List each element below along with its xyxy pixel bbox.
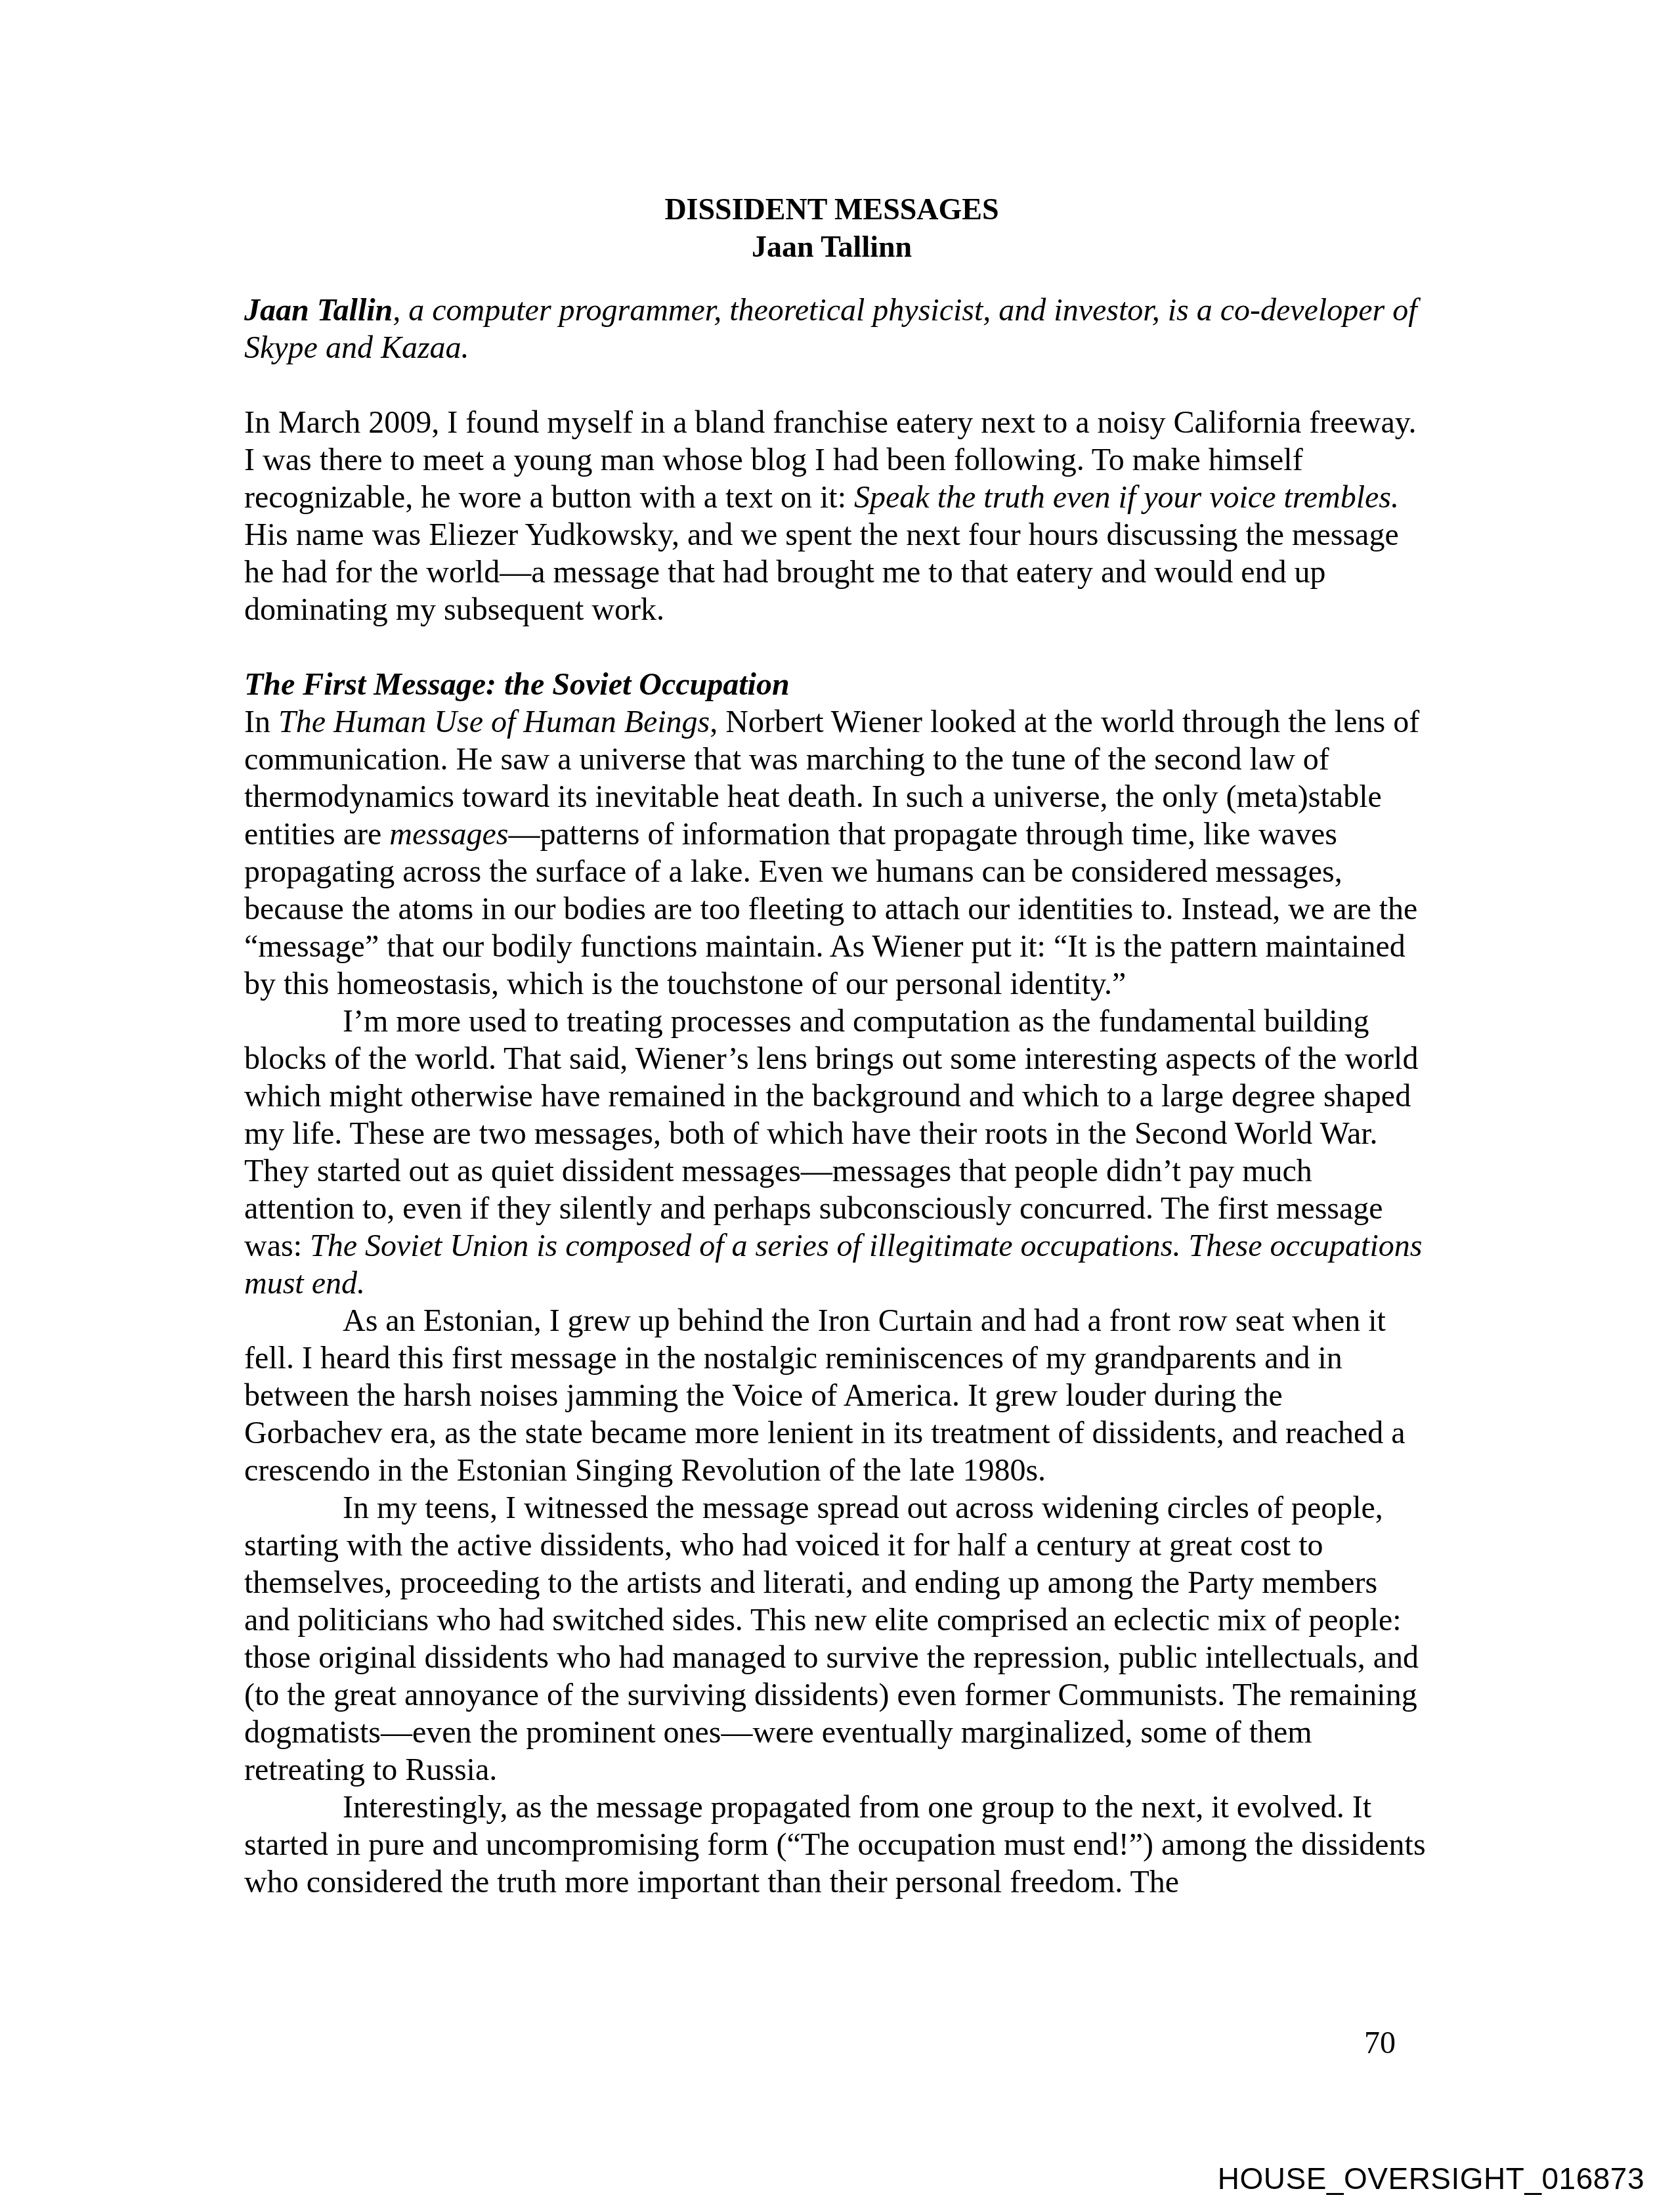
- bio-text: , a computer programmer, theoretical phy…: [244, 293, 1417, 365]
- p1-text-a: In: [244, 705, 278, 739]
- p2-text-a: I’m more used to treating processes and …: [244, 1004, 1418, 1263]
- title-block: DISSIDENT MESSAGES Jaan Tallinn: [238, 190, 1426, 265]
- section-paragraph-4: In my teens, I witnessed the message spr…: [244, 1489, 1426, 1789]
- intro-paragraph: In March 2009, I found myself in a bland…: [244, 404, 1426, 628]
- bates-number: HOUSE_OVERSIGHT_016873: [1218, 2161, 1644, 2196]
- section-paragraph-3: As an Estonian, I grew up behind the Iro…: [244, 1302, 1426, 1489]
- intro-text-b: His name was Eliezer Yudkowsky, and we s…: [244, 517, 1399, 627]
- author-bio: Jaan Tallin, a computer programmer, theo…: [244, 292, 1426, 366]
- emphasis-messages: messages: [389, 817, 508, 852]
- first-message-quote: The Soviet Union is composed of a series…: [244, 1228, 1422, 1301]
- bio-name: Jaan Tallin: [244, 293, 393, 328]
- document-title: DISSIDENT MESSAGES: [238, 190, 1426, 228]
- book-title: The Human Use of Human Beings: [278, 705, 710, 739]
- section-heading: The First Message: the Soviet Occupation: [244, 666, 1426, 703]
- section-paragraph-2: I’m more used to treating processes and …: [244, 1003, 1426, 1302]
- button-quote: Speak the truth even if your voice tremb…: [854, 480, 1399, 515]
- document-page: DISSIDENT MESSAGES Jaan Tallinn Jaan Tal…: [244, 190, 1426, 1901]
- section-paragraph-1: In The Human Use of Human Beings, Norber…: [244, 703, 1426, 1003]
- author-name: Jaan Tallinn: [238, 228, 1426, 265]
- section-paragraph-5: Interestingly, as the message propagated…: [244, 1789, 1426, 1901]
- page-number: 70: [1364, 2024, 1396, 2062]
